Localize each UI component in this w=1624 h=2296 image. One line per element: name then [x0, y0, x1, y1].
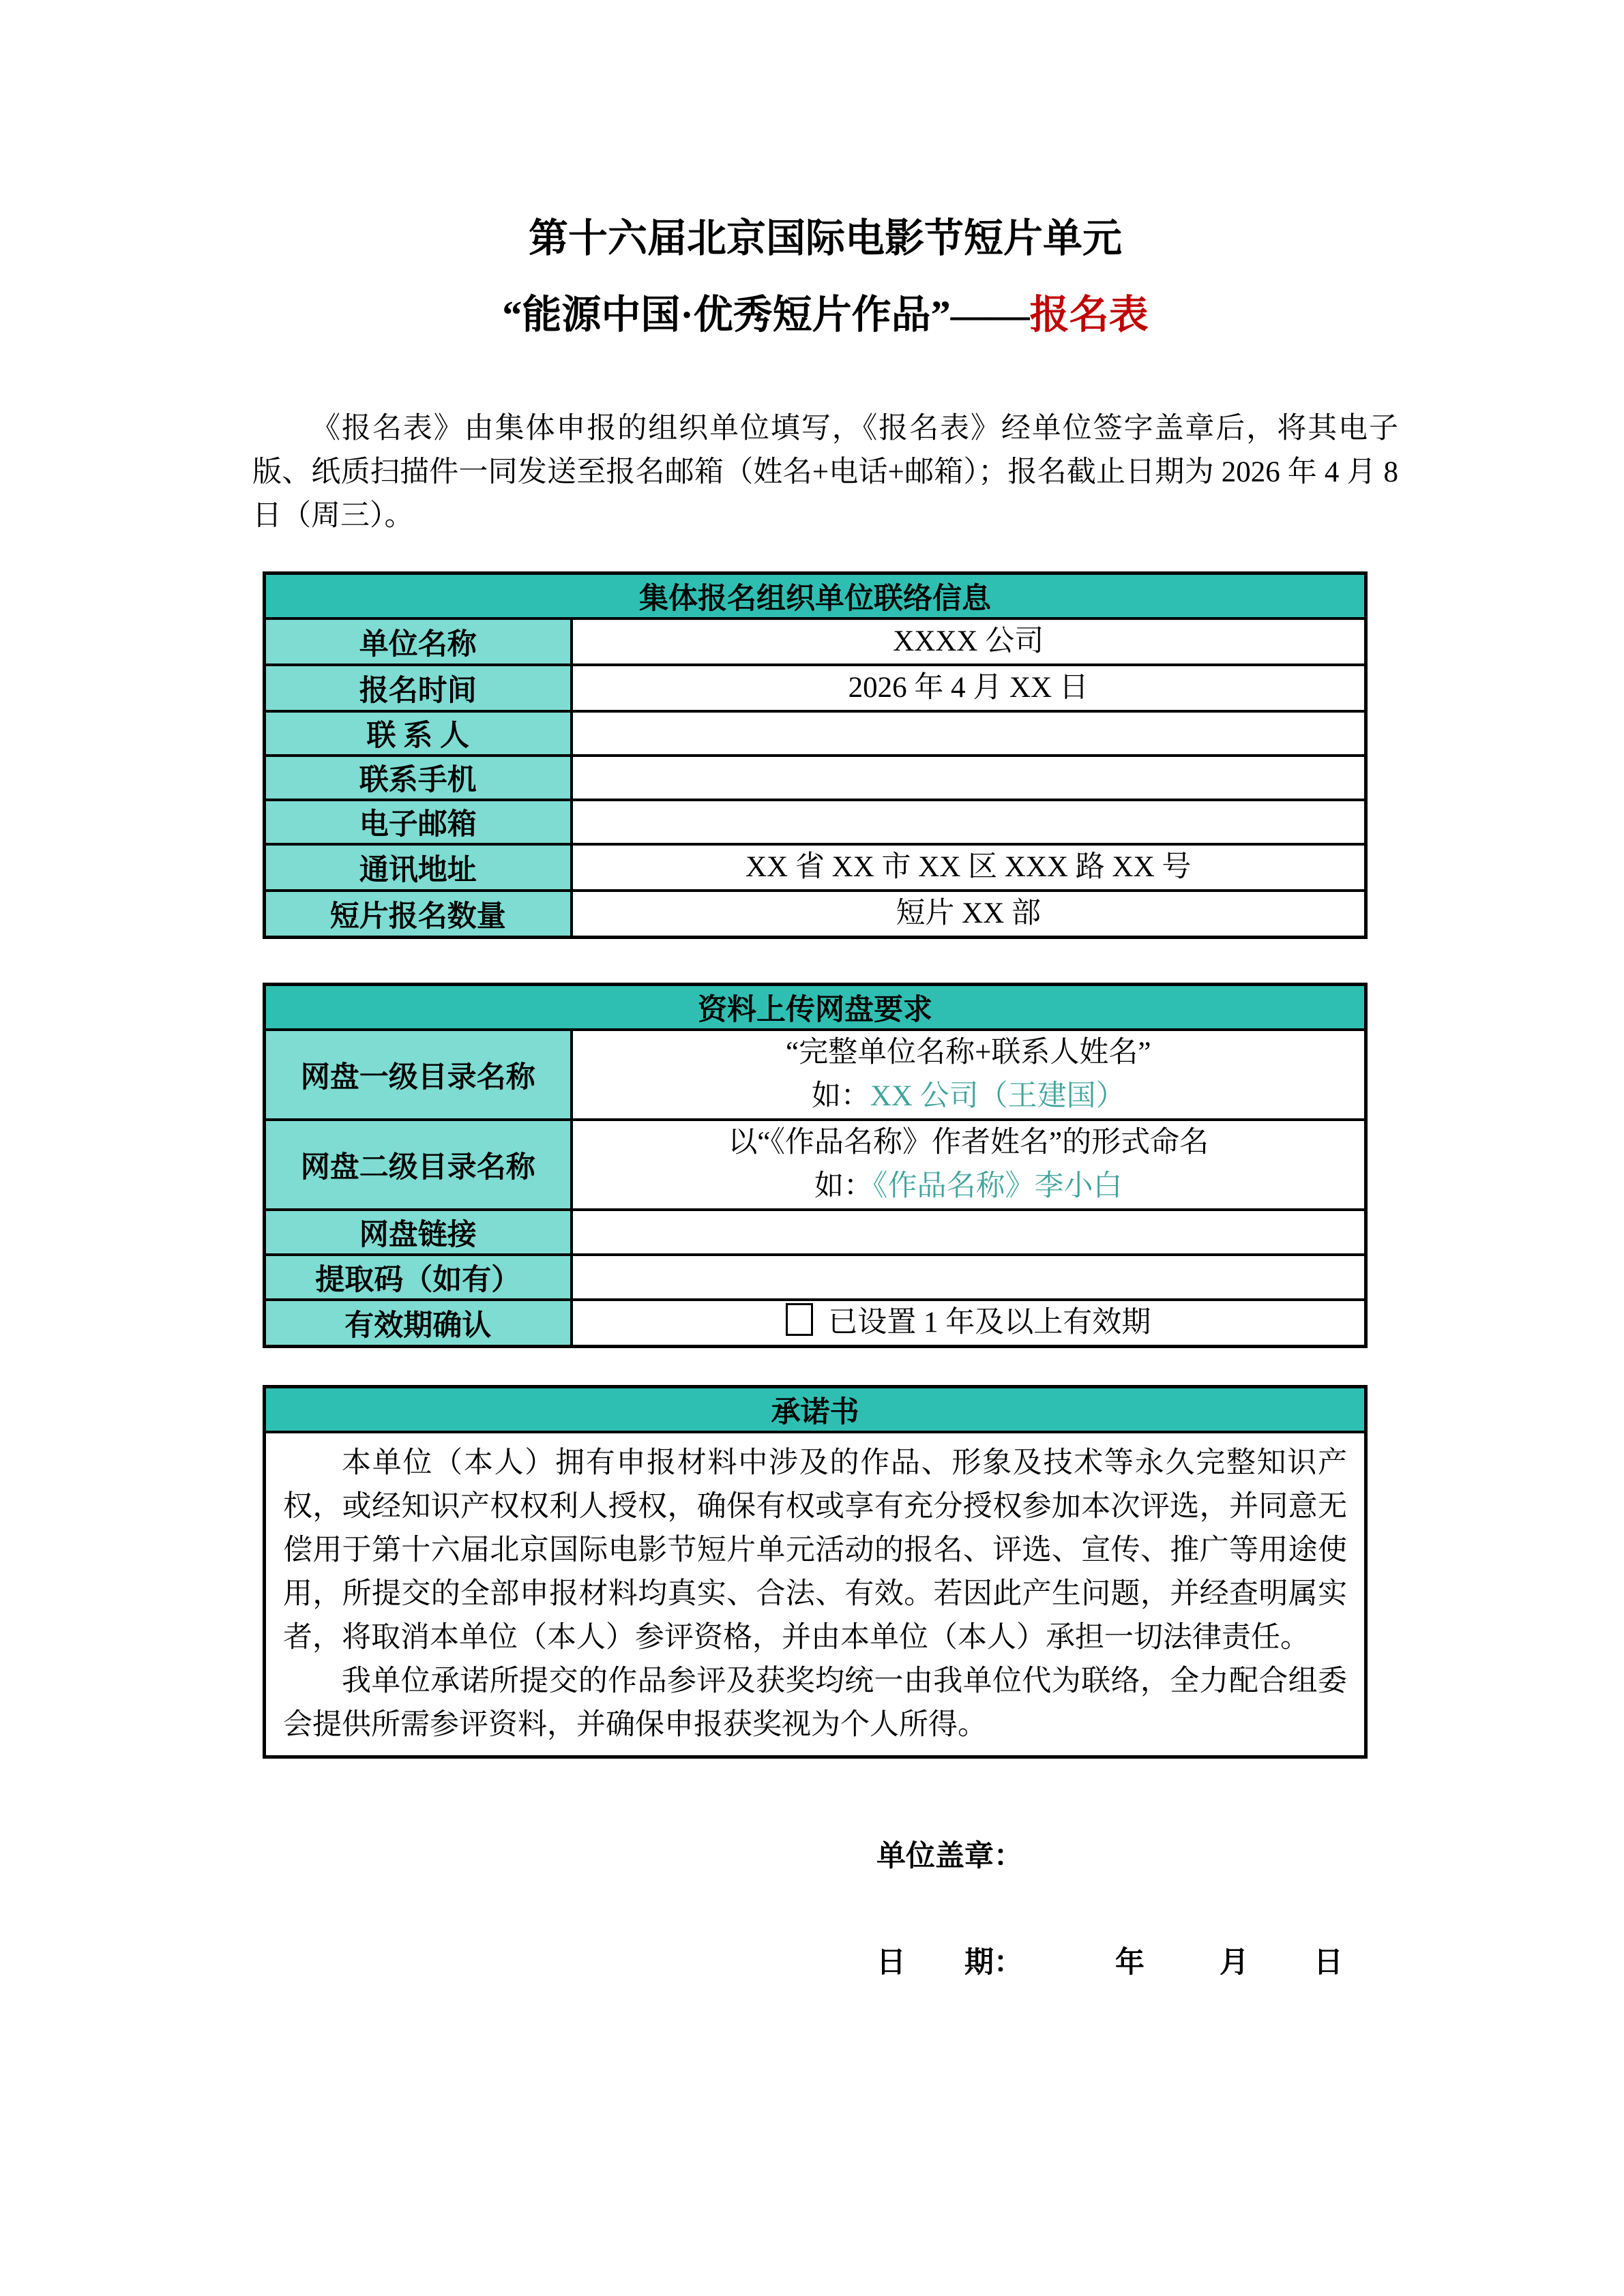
field-label-unit-name: 单位名称	[265, 618, 572, 665]
commitment-paragraph-1: 本单位（本人）拥有申报材料中涉及的作品、形象及技术等永久完整知识产权，或经知识产…	[283, 1442, 1347, 1660]
dir1-example-line: 如：XX 公司（王建国）	[573, 1075, 1365, 1118]
field-value-validity: 已设置 1 年及以上有效期	[572, 1300, 1366, 1347]
field-label-signup-date: 报名时间	[265, 665, 572, 711]
upload-table: 资料上传网盘要求 网盘一级目录名称 “完整单位名称+联系人姓名” 如：XX 公司…	[263, 983, 1368, 1348]
example-prefix: 如：	[812, 1080, 870, 1112]
date-month-label: 月	[1220, 1947, 1249, 1979]
checkbox-label: 已设置 1 年及以上有效期	[828, 1307, 1151, 1339]
table-row: 联 系 人	[265, 711, 1366, 756]
field-input-email[interactable]	[572, 800, 1366, 844]
date-day-label: 日	[1314, 1947, 1343, 1979]
field-value-film-count: 短片 XX 部	[572, 891, 1366, 938]
page: 第十六届北京国际电影节短片单元 “能源中国·优秀短片作品”——报名表 《报名表》…	[252, 0, 1398, 1985]
field-label-validity: 有效期确认	[265, 1300, 572, 1347]
date-year-label: 年	[1115, 1947, 1145, 1979]
field-label-email: 电子邮箱	[265, 800, 572, 844]
field-label-film-count: 短片报名数量	[265, 891, 572, 938]
table-row: 网盘链接	[265, 1210, 1366, 1255]
unit-stamp-label: 单位盖章：	[876, 1835, 1398, 1879]
table-row: 通讯地址 XX 省 XX 市 XX 区 XXX 路 XX 号	[265, 844, 1366, 891]
field-value-signup-date: 2026 年 4 月 XX 日	[572, 665, 1366, 711]
upload-table-header: 资料上传网盘要求	[265, 985, 1366, 1030]
table-row: 报名时间 2026 年 4 月 XX 日	[265, 665, 1366, 711]
commitment-header: 承诺书	[265, 1387, 1366, 1433]
field-value-address: XX 省 XX 市 XX 区 XXX 路 XX 号	[572, 844, 1366, 891]
field-label-contact-phone: 联系手机	[265, 756, 572, 800]
checkbox-icon[interactable]	[786, 1303, 813, 1336]
example-text: XX 公司（王建国）	[870, 1080, 1125, 1112]
page-subtitle: “能源中国·优秀短片作品”——报名表	[252, 291, 1398, 339]
commitment-paragraph-2: 我单位承诺所提交的作品参评及获奖均统一由我单位代为联络，全力配合组委会提供所需参…	[283, 1660, 1347, 1747]
field-label-contact-person: 联 系 人	[265, 711, 572, 756]
example-text: 《作品名称》李小白	[873, 1170, 1123, 1202]
field-label-access-code: 提取码（如有）	[265, 1255, 572, 1300]
field-input-contact-phone[interactable]	[572, 756, 1366, 800]
field-label-dir2: 网盘二级目录名称	[265, 1120, 572, 1210]
commitment-body: 本单位（本人）拥有申报材料中涉及的作品、形象及技术等永久完整知识产权，或经知识产…	[265, 1432, 1366, 1757]
field-input-contact-person[interactable]	[572, 711, 1366, 756]
dir1-rule-text: “完整单位名称+联系人姓名”	[573, 1031, 1365, 1075]
table-row: 提取码（如有）	[265, 1255, 1366, 1300]
table-row: 联系手机	[265, 756, 1366, 800]
table-row: 单位名称 XXXX 公司	[265, 618, 1366, 665]
dir2-rule-text: 以“《作品名称》作者姓名”的形式命名	[573, 1121, 1365, 1165]
field-label-dir1: 网盘一级目录名称	[265, 1030, 572, 1120]
field-label-disk-link: 网盘链接	[265, 1210, 572, 1255]
date-line: 日 期：年月日	[876, 1941, 1398, 1985]
intro-paragraph: 《报名表》由集体申报的组织单位填写，《报名表》经单位签字盖章后，将其电子版、纸质…	[252, 407, 1398, 538]
page-title: 第十六届北京国际电影节短片单元	[252, 215, 1398, 263]
table-row: 网盘一级目录名称 “完整单位名称+联系人姓名” 如：XX 公司（王建国）	[265, 1030, 1366, 1120]
field-value-dir1: “完整单位名称+联系人姓名” 如：XX 公司（王建国）	[572, 1030, 1366, 1120]
table-row: 网盘二级目录名称 以“《作品名称》作者姓名”的形式命名 如：《作品名称》李小白	[265, 1120, 1366, 1210]
example-prefix: 如：	[814, 1170, 873, 1202]
field-value-unit-name: XXXX 公司	[572, 618, 1366, 665]
contact-table-header: 集体报名组织单位联络信息	[265, 573, 1366, 619]
date-label: 日 期：	[876, 1947, 1023, 1979]
subtitle-red-text: 报名表	[1030, 293, 1149, 337]
field-input-access-code[interactable]	[572, 1255, 1366, 1300]
field-label-address: 通讯地址	[265, 844, 572, 891]
subtitle-black-text: “能源中国·优秀短片作品”——	[502, 293, 1029, 337]
table-row: 电子邮箱	[265, 800, 1366, 844]
field-input-disk-link[interactable]	[572, 1210, 1366, 1255]
table-row: 短片报名数量 短片 XX 部	[265, 891, 1366, 938]
field-value-dir2: 以“《作品名称》作者姓名”的形式命名 如：《作品名称》李小白	[572, 1120, 1366, 1210]
dir2-example-line: 如：《作品名称》李小白	[573, 1165, 1365, 1208]
commitment-table: 承诺书 本单位（本人）拥有申报材料中涉及的作品、形象及技术等永久完整知识产权，或…	[263, 1385, 1368, 1759]
contact-table: 集体报名组织单位联络信息 单位名称 XXXX 公司 报名时间 2026 年 4 …	[263, 571, 1368, 939]
table-row: 有效期确认 已设置 1 年及以上有效期	[265, 1300, 1366, 1347]
